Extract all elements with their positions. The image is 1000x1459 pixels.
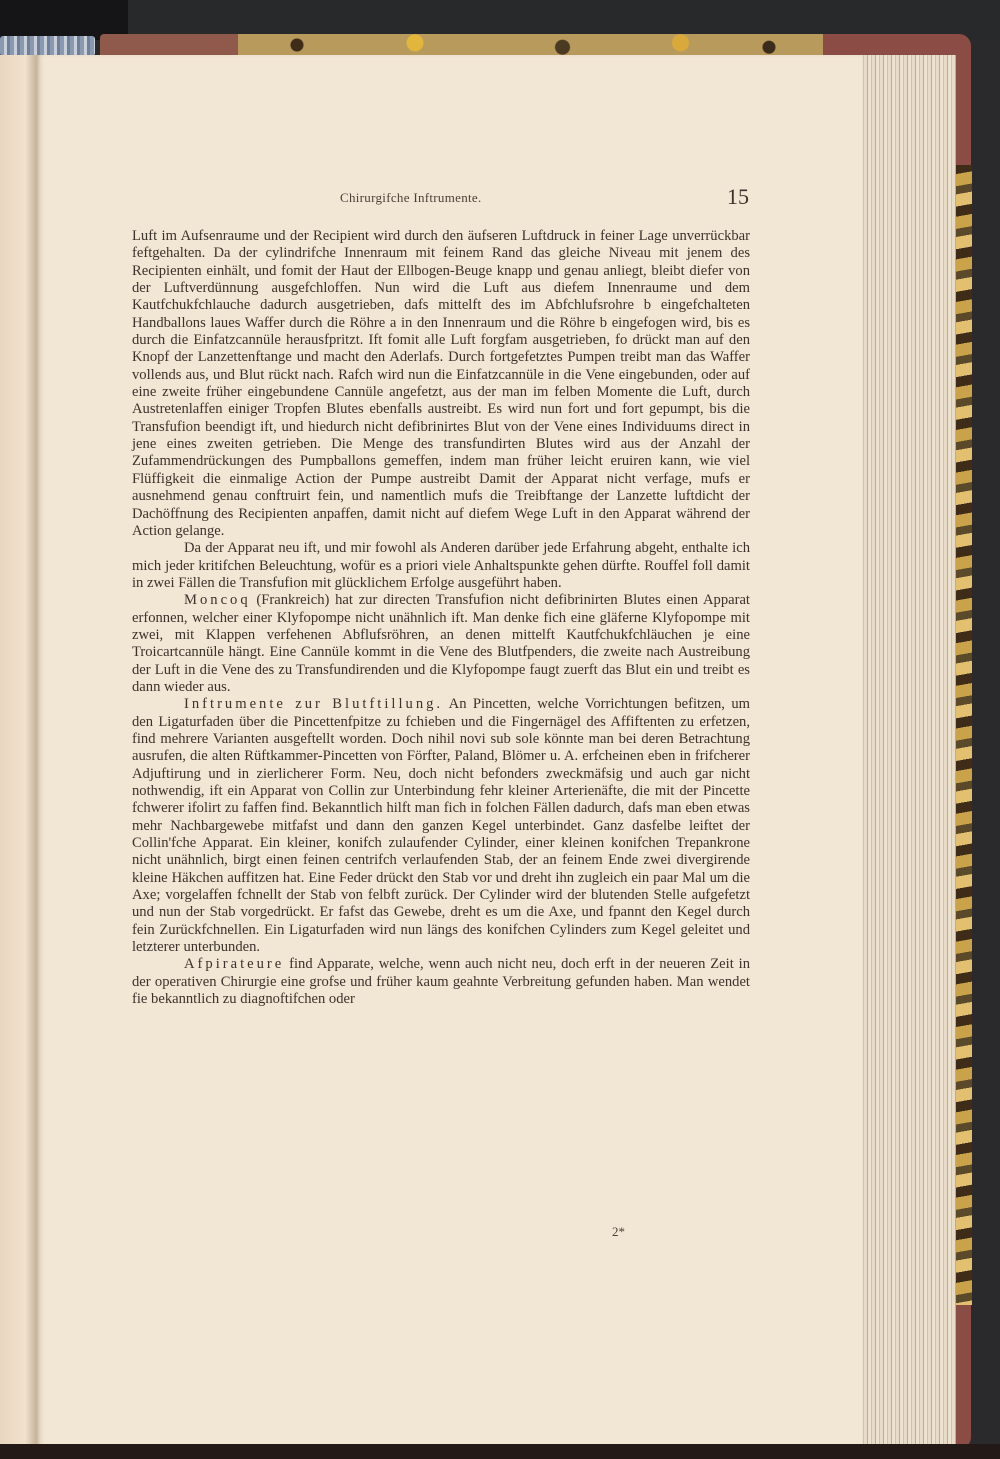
section-heading: Inftrumente zur Blutftillung. bbox=[184, 696, 443, 712]
page-edges bbox=[860, 55, 956, 1450]
book-cover-top-leather bbox=[100, 34, 240, 56]
paragraph: Da der Apparat neu ift, und mir fowohl a… bbox=[132, 540, 750, 592]
paragraph-text: An Pincetten, welche Vorrichtungen befit… bbox=[132, 696, 750, 955]
paragraph-text: Da der Apparat neu ift, und mir fowohl a… bbox=[132, 540, 750, 591]
body-text: Luft im Aufsenraume und der Recipient wi… bbox=[132, 228, 750, 1008]
spaced-lead-name: Moncoq bbox=[184, 592, 251, 608]
section-heading: Afpirateure bbox=[184, 956, 284, 972]
paragraph: Luft im Aufsenraume und der Recipient wi… bbox=[132, 228, 750, 540]
paragraph: Inftrumente zur Blutftillung. An Pincett… bbox=[132, 696, 750, 956]
facing-page-edge bbox=[0, 55, 36, 1445]
page-number: 15 bbox=[727, 184, 749, 210]
paragraph-text: Luft im Aufsenraume und der Recipient wi… bbox=[132, 228, 750, 539]
signature-mark: 2* bbox=[612, 1224, 625, 1240]
spine-cloth bbox=[0, 36, 95, 56]
running-head: Chirurgifche Inftrumente. bbox=[340, 190, 482, 206]
background-bottom bbox=[0, 1444, 1000, 1459]
paragraph: Afpirateure find Apparate, welche, wenn … bbox=[132, 956, 750, 1008]
paragraph: Moncoq (Frankreich) hat zur directen Tra… bbox=[132, 592, 750, 696]
book-cover-top-marbled bbox=[238, 34, 828, 56]
